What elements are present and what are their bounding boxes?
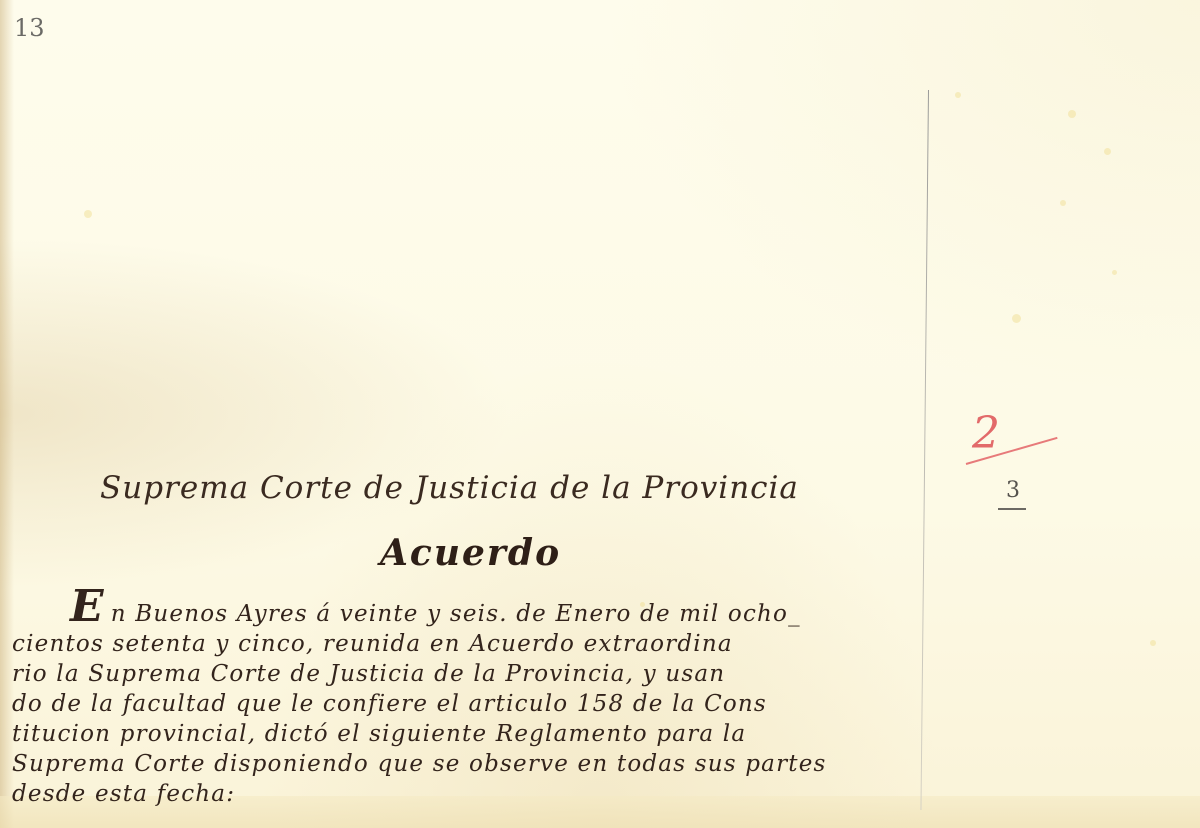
grey-pencil-numeral: 3: [1006, 478, 1020, 503]
body-line: Suprema Corte disponiendo que se observe…: [12, 749, 942, 779]
foxing-stain: [1068, 110, 1076, 118]
body-line: En Buenos Ayres á veinte y seis. de Ener…: [12, 592, 942, 629]
foxing-stain: [1150, 640, 1156, 646]
folio-number: 13: [14, 14, 45, 42]
foxing-stain: [84, 210, 92, 218]
red-pencil-numeral: 2: [972, 408, 1000, 459]
foxing-stain: [1104, 148, 1111, 155]
foxing-stain: [1112, 270, 1117, 275]
body-line: titucion provincial, dictó el siguiente …: [12, 719, 942, 749]
body-line: desde esta fecha:: [12, 779, 942, 809]
body-line-text: n Buenos Ayres á veinte y seis. de Enero…: [111, 601, 801, 627]
body-line: do de la facultad que le confiere el art…: [12, 689, 942, 719]
body-line: cientos setenta y cinco, reunida en Acue…: [12, 629, 942, 659]
foxing-stain: [955, 92, 961, 98]
document-heading: Suprema Corte de Justicia de la Provinci…: [100, 470, 860, 506]
foxing-stain: [1012, 314, 1021, 323]
manuscript-page: 13 Suprema Corte de Justicia de la Provi…: [0, 0, 1200, 828]
document-body: En Buenos Ayres á veinte y seis. de Ener…: [12, 592, 942, 809]
body-line: rio la Suprema Corte de Justicia de la P…: [12, 659, 942, 689]
foxing-stain: [1060, 200, 1066, 206]
grey-pencil-underline: [998, 508, 1026, 510]
drop-cap: E: [70, 581, 105, 632]
document-subheading: Acuerdo: [380, 532, 561, 574]
